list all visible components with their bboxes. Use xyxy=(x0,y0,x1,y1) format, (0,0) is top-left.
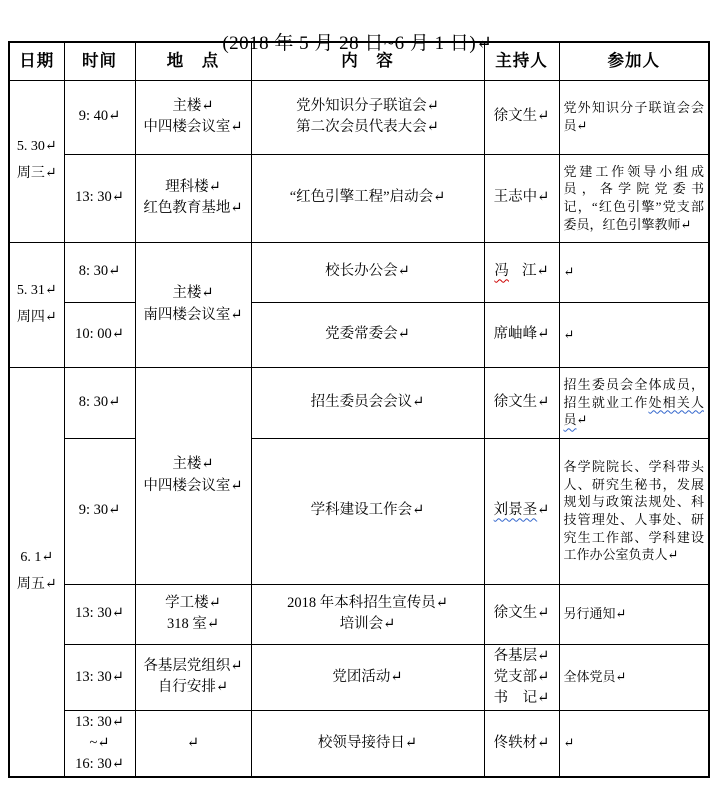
cell-date: 6. 1↵ 周五↵ xyxy=(9,367,64,777)
cell-time: 13: 30↵ xyxy=(64,644,135,710)
cell-time: 13: 30↵ xyxy=(64,154,135,242)
header-date: 日期 xyxy=(9,42,64,80)
cell-host: 各基层↵ 党支部↵ 书 记↵ xyxy=(484,644,559,710)
cell-content: 校领导接待日↵ xyxy=(251,710,484,777)
cell-time: 9: 30↵ xyxy=(64,438,135,584)
cell-location: 主楼↵ 中四楼会议室↵ xyxy=(135,367,251,584)
cell-time: 9: 40↵ xyxy=(64,80,135,154)
paragraph-mark: ↵ xyxy=(537,502,549,518)
cell-content: 党团活动↵ xyxy=(251,644,484,710)
document-page: (2018 年 5 月 28 日~6 月 1 日)↵ 日期 时间 地 点 内 容… xyxy=(0,0,715,797)
cell-content: 学科建设工作会↵ xyxy=(251,438,484,584)
cell-location: 各基层党组织↵ 自行安排↵ xyxy=(135,644,251,710)
table-row: 9: 30↵ 学科建设工作会↵ 刘景圣↵ 各学院院长、学科带头人、研究生秘书，发… xyxy=(9,438,709,584)
table-row: 13: 30↵ 理科楼↵ 红色教育基地↵ “红色引擎工程”启动会↵ 王志中↵ 党… xyxy=(9,154,709,242)
header-content: 内 容 xyxy=(251,42,484,80)
header-location: 地 点 xyxy=(135,42,251,80)
cell-host: 刘景圣↵ xyxy=(484,438,559,584)
cell-content: 党委常委会↵ xyxy=(251,302,484,367)
cell-host: 王志中↵ xyxy=(484,154,559,242)
header-row: 日期 时间 地 点 内 容 主持人 参加人 xyxy=(9,42,709,80)
table-row: 5. 30↵ 周三↵ 9: 40↵ 主楼↵ 中四楼会议室↵ 党外知识分子联谊会↵… xyxy=(9,80,709,154)
table-row: 13: 30↵ ~↵ 16: 30↵ ↵ 校领导接待日↵ 佟轶材↵ ↵ xyxy=(9,710,709,777)
paragraph-mark: ↵ xyxy=(577,412,588,427)
cell-host: 冯江↵ xyxy=(484,242,559,302)
cell-date: 5. 31↵ 周四↵ xyxy=(9,242,64,367)
schedule-table: 日期 时间 地 点 内 容 主持人 参加人 5. 30↵ 周三↵ 9: 40↵ … xyxy=(8,41,710,778)
header-host: 主持人 xyxy=(484,42,559,80)
cell-participants: ↵ xyxy=(559,302,709,367)
cell-participants: 招生委员会全体成员，招生就业工作处相关人员↵ xyxy=(559,367,709,438)
cell-participants: ↵ xyxy=(559,242,709,302)
paragraph-mark: ↵ xyxy=(536,263,548,279)
host-name-misspelled: 冯 xyxy=(494,263,509,279)
header-participants: 参加人 xyxy=(559,42,709,80)
cell-time: 13: 30↵ ~↵ 16: 30↵ xyxy=(64,710,135,777)
cell-location: 主楼↵ 中四楼会议室↵ xyxy=(135,80,251,154)
header-time: 时间 xyxy=(64,42,135,80)
cell-host: 席岫峰↵ xyxy=(484,302,559,367)
cell-time: 8: 30↵ xyxy=(64,242,135,302)
table-row: 13: 30↵ 各基层党组织↵ 自行安排↵ 党团活动↵ 各基层↵ 党支部↵ 书 … xyxy=(9,644,709,710)
cell-content: “红色引擎工程”启动会↵ xyxy=(251,154,484,242)
table-row: 13: 30↵ 学工楼↵ 318 室↵ 2018 年本科招生宣传员↵ 培训会↵ … xyxy=(9,584,709,644)
cell-participants: 党外知识分子联谊会会员↵ xyxy=(559,80,709,154)
host-name-misspelled: 刘景圣 xyxy=(494,502,538,518)
cell-time: 13: 30↵ xyxy=(64,584,135,644)
cell-time: 8: 30↵ xyxy=(64,367,135,438)
cell-participants: 党建工作领导小组成员，各学院党委书记，“红色引擎”党支部委员，红色引擎教师↵ xyxy=(559,154,709,242)
cell-host: 徐文生↵ xyxy=(484,367,559,438)
cell-location: 学工楼↵ 318 室↵ xyxy=(135,584,251,644)
table-row: 10: 00↵ 党委常委会↵ 席岫峰↵ ↵ xyxy=(9,302,709,367)
cell-content: 2018 年本科招生宣传员↵ 培训会↵ xyxy=(251,584,484,644)
cell-content: 校长办公会↵ xyxy=(251,242,484,302)
cell-location: ↵ xyxy=(135,710,251,777)
cell-participants: 另行通知↵ xyxy=(559,584,709,644)
cell-participants: ↵ xyxy=(559,710,709,777)
cell-participants: 各学院院长、学科带头人、研究生秘书，发展规划与政策法规处、科技管理处、人事处、研… xyxy=(559,438,709,584)
table-row: 5. 31↵ 周四↵ 8: 30↵ 主楼↵ 南四楼会议室↵ 校长办公会↵ 冯江↵… xyxy=(9,242,709,302)
table-row: 6. 1↵ 周五↵ 8: 30↵ 主楼↵ 中四楼会议室↵ 招生委员会会议↵ 徐文… xyxy=(9,367,709,438)
cell-location: 理科楼↵ 红色教育基地↵ xyxy=(135,154,251,242)
cell-host: 佟轶材↵ xyxy=(484,710,559,777)
cell-participants: 全体党员↵ xyxy=(559,644,709,710)
cell-time: 10: 00↵ xyxy=(64,302,135,367)
cell-content: 招生委员会会议↵ xyxy=(251,367,484,438)
host-name: 江 xyxy=(522,263,537,279)
cell-host: 徐文生↵ xyxy=(484,584,559,644)
cell-date: 5. 30↵ 周三↵ xyxy=(9,80,64,242)
cell-host: 徐文生↵ xyxy=(484,80,559,154)
cell-location: 主楼↵ 南四楼会议室↵ xyxy=(135,242,251,367)
cell-content: 党外知识分子联谊会↵ 第二次会员代表大会↵ xyxy=(251,80,484,154)
